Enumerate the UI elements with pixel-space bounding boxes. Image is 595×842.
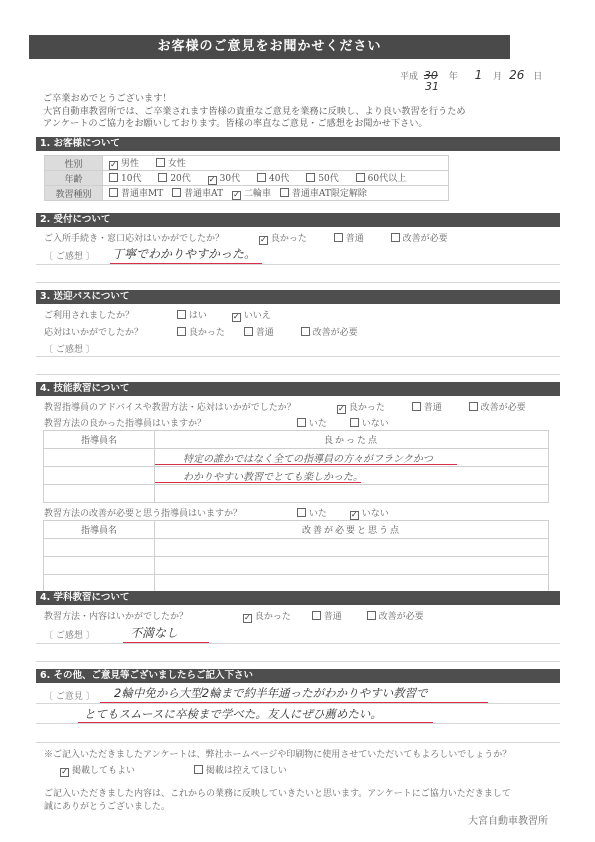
age-30s-option[interactable]: ✓30代 [208, 171, 240, 185]
reception-improve-option[interactable]: 改善が必要 [391, 231, 448, 244]
bus-service-row: 応対はいかがでしたか？ 良かった 普通 改善が必要 [44, 325, 372, 338]
other-remark-line-1[interactable]: 2輪中免から大型2輪まで約半年通ったがわかりやすい教習で [114, 685, 428, 701]
checkbox-checked-icon[interactable]: ✓ [259, 236, 268, 245]
divider [36, 643, 560, 644]
checkbox-icon[interactable] [412, 402, 421, 411]
option-label: 普通車MT [121, 189, 163, 199]
closing-text: ご記入いただきました内容は、これからの業務に反映していきたいと思います。アンケー… [44, 788, 511, 813]
option-label: 50代 [318, 174, 338, 184]
instructor-name-cell[interactable] [44, 575, 155, 593]
bus-usage-yes-option[interactable]: はい [177, 308, 207, 321]
option-label: 普通 [424, 403, 442, 413]
customer-info-table: 性別 ✓男性 女性 年齢 10代 20代 ✓30代 40代 50代 60代以上 … [44, 155, 449, 201]
improve-instructor-question: 教習方法の改善が必要と思う指導員はいますか？ [44, 506, 294, 519]
divider [36, 742, 560, 743]
divider [36, 723, 560, 724]
intro-text: ご卒業おめでとうございます！ 大宮自動車教習所では、ご卒業されます皆様の貴重なご… [43, 93, 563, 131]
other-remark-line-2[interactable]: とてもスムースに卒検まで学べた。友人にぜひ薦めたい。 [84, 706, 382, 722]
course-at-option[interactable]: 普通車AT [172, 186, 223, 199]
age-50s-option[interactable]: 50代 [306, 171, 338, 184]
checkbox-checked-icon[interactable]: ✓ [243, 614, 252, 623]
checkbox-icon[interactable] [109, 173, 118, 182]
option-label: 女性 [168, 159, 186, 169]
option-label: 改善が必要 [403, 234, 448, 244]
good-points-cell[interactable]: 特定の誰かではなく全ての指導員の方々がフランクかつ [155, 449, 549, 467]
good-instructor-yes-option[interactable]: いた [297, 416, 327, 429]
good-points-table: 指導員名 良かった点 特定の誰かではなく全ての指導員の方々がフランクかつ わかり… [43, 430, 549, 503]
option-label: 良かった [271, 234, 307, 244]
lecture-improve-option[interactable]: 改善が必要 [367, 609, 424, 622]
table-row [44, 539, 549, 557]
checkbox-icon[interactable] [244, 327, 253, 336]
checkbox-checked-icon[interactable]: ✓ [208, 176, 217, 185]
option-label: 普通車AT [184, 189, 223, 199]
instructor-rating-question: 教習指導員のアドバイスや教習方法・応対はいかがでしたか？ [44, 400, 334, 413]
table-header: 指導員名 改善が必要と思う点 [44, 521, 549, 539]
reception-average-option[interactable]: 普通 [334, 231, 364, 244]
checkbox-checked-icon[interactable]: ✓ [109, 161, 118, 170]
intro-line-3: アンケートのご協力をお願いしております。皆様の率直なご意見・ご感想をお聞かせ下さ… [43, 118, 563, 131]
option-label: 10代 [121, 174, 141, 184]
course-motorcycle-option[interactable]: ✓二輪車 [232, 186, 271, 200]
checkbox-icon[interactable] [350, 418, 359, 427]
bus-service-good-option[interactable]: 良かった [177, 325, 225, 338]
closing-line-1: ご記入いただきました内容は、これからの業務に反映していきたいと思います。アンケー… [44, 788, 511, 801]
section-5-heading: 4. 学科教習について [36, 591, 560, 605]
age-40s-option[interactable]: 40代 [257, 171, 289, 184]
option-label: いいえ [244, 311, 271, 321]
checkbox-checked-icon[interactable]: ✓ [232, 191, 241, 200]
good-points-cell[interactable]: わかりやすい教習でとても楽しかった。 [155, 467, 549, 485]
good-instructor-row: 教習方法の良かった指導員はいますか？ いた いない [44, 416, 403, 429]
improve-instructor-yes-option[interactable]: いた [297, 506, 327, 519]
checkbox-icon[interactable] [469, 402, 478, 411]
divider [36, 703, 560, 704]
day-label: 日 [533, 69, 542, 82]
improve-points-cell[interactable] [155, 557, 549, 575]
option-label: 40代 [269, 174, 289, 184]
consent-allow-option[interactable]: ✓掲載してもよい [60, 763, 135, 777]
age-label: 年齢 [45, 171, 103, 186]
checkbox-icon[interactable] [177, 327, 186, 336]
option-label: 良かった [255, 612, 291, 622]
option-label: 普通車AT限定解除 [292, 189, 367, 199]
table-row: 特定の誰かではなく全ての指導員の方々がフランクかつ [44, 449, 549, 467]
lecture-rating-row: 教習方法・内容はいかがでしたか？ ✓良かった 普通 改善が必要 [44, 609, 438, 623]
lecture-remark-text[interactable]: 不満なし [130, 624, 178, 641]
month-value[interactable]: 1 [475, 68, 483, 82]
checkbox-icon[interactable] [280, 188, 289, 197]
bus-usage-row: ご利用されましたか？ はい ✓いいえ [44, 308, 285, 322]
option-label: はい [189, 311, 207, 321]
divider [36, 661, 560, 662]
table-row [44, 575, 549, 593]
year-value[interactable]: 31 [425, 80, 439, 93]
intro-line-2: 大宮自動車教習所では、ご卒業されます皆様の貴重なご意見を業務に反映し、より良い教… [43, 106, 563, 119]
improve-instructor-row: 教習方法の改善が必要と思う指導員はいますか？ いた ✓いない [44, 506, 403, 520]
course-mt-option[interactable]: 普通車MT [109, 186, 163, 199]
instructor-good-option[interactable]: ✓良かった [337, 400, 385, 414]
reception-good-option[interactable]: ✓良かった [259, 231, 307, 245]
consent-options: ✓掲載してもよい 掲載は控えてほしい [60, 763, 301, 777]
bus-service-average-option[interactable]: 普通 [244, 325, 274, 338]
instructor-rating-row: 教習指導員のアドバイスや教習方法・応対はいかがでしたか？ ✓良かった 普通 改善… [44, 400, 540, 414]
instructor-improve-option[interactable]: 改善が必要 [469, 400, 526, 413]
divider [36, 264, 560, 265]
option-label: 20代 [170, 174, 190, 184]
option-label: 男性 [121, 159, 139, 169]
checkbox-icon[interactable] [257, 173, 266, 182]
option-label: 30代 [220, 174, 240, 184]
instructor-average-option[interactable]: 普通 [412, 400, 442, 413]
other-remark-label: 〔 ご意見 〕 [44, 689, 95, 702]
instructor-name-cell[interactable] [44, 557, 155, 575]
section-3-heading: 3. 送迎バスについて [36, 290, 560, 304]
section-1-heading: 1. お客様について [36, 137, 560, 151]
checkbox-icon[interactable] [177, 310, 186, 319]
option-label: いない [362, 509, 389, 519]
checkbox-icon[interactable] [391, 233, 400, 242]
instructor-name-cell[interactable] [44, 467, 155, 485]
improve-points-cell[interactable] [155, 539, 549, 557]
checkbox-icon[interactable] [156, 158, 165, 167]
gender-label: 性別 [45, 156, 103, 171]
option-label: 普通 [256, 328, 274, 338]
bus-service-question: 応対はいかがでしたか？ [44, 325, 174, 338]
bus-usage-question: ご利用されましたか？ [44, 308, 174, 321]
reception-question: ご入所手続き・窓口応対はいかがでしたか？ [44, 231, 256, 244]
checkbox-icon[interactable] [367, 611, 376, 620]
option-label: 掲載は控えてほしい [206, 766, 287, 776]
checkbox-icon[interactable] [194, 765, 203, 774]
gender-female-option[interactable]: 女性 [156, 156, 186, 169]
course-type-label: 教習種別 [45, 186, 103, 201]
instructor-name-cell[interactable] [44, 539, 155, 557]
checkbox-icon[interactable] [158, 173, 167, 182]
month-label: 月 [493, 69, 502, 82]
option-label: 改善が必要 [481, 403, 526, 413]
checkbox-checked-icon[interactable]: ✓ [60, 768, 69, 777]
lecture-average-option[interactable]: 普通 [312, 609, 342, 622]
age-20s-option[interactable]: 20代 [158, 171, 190, 184]
checkbox-icon[interactable] [301, 327, 310, 336]
good-points-cell[interactable] [155, 485, 549, 503]
improve-points-table: 指導員名 改善が必要と思う点 [43, 520, 549, 593]
checkbox-icon[interactable] [356, 173, 365, 182]
option-label: 二輪車 [244, 189, 271, 199]
reception-remark-label: 〔 ご感想 〕 [44, 249, 95, 262]
age-row: 年齢 10代 20代 ✓30代 40代 50代 60代以上 [45, 171, 449, 186]
checkbox-icon[interactable] [312, 611, 321, 620]
course-at-limit-removal-option[interactable]: 普通車AT限定解除 [280, 186, 367, 199]
consent-question: ※ご記入いただきましたアンケートは、弊社ホームページや印刷物に使用させていただい… [44, 749, 511, 762]
improve-instructor-no-option[interactable]: ✓いない [350, 506, 389, 520]
divider [36, 356, 560, 357]
gender-male-option[interactable]: ✓男性 [109, 156, 139, 170]
year-label: 年 [449, 69, 458, 82]
date-row: 平成 30 年 1 月 26 日 [400, 68, 542, 82]
checkbox-checked-icon[interactable]: ✓ [350, 511, 359, 520]
checkbox-icon[interactable] [172, 188, 181, 197]
intro-line-1: ご卒業おめでとうございます！ [43, 93, 563, 106]
improve-points-cell[interactable] [155, 575, 549, 593]
table-header: 指導員名 良かった点 [44, 431, 549, 449]
handwriting-underline [155, 464, 457, 465]
handwriting-underline [155, 482, 361, 483]
checkbox-icon[interactable] [109, 188, 118, 197]
divider [36, 374, 560, 375]
course-type-row: 教習種別 普通車MT 普通車AT ✓二輪車 普通車AT限定解除 [45, 186, 449, 201]
bus-remark-label: 〔 ご感想 〕 [44, 342, 95, 355]
option-label: いた [309, 419, 327, 429]
checkbox-icon[interactable] [297, 418, 306, 427]
lecture-rating-question: 教習方法・内容はいかがでしたか？ [44, 609, 240, 622]
section-6-heading: 6. その他、ご意見等ございましたらご記入下さい [36, 669, 560, 683]
checkbox-icon[interactable] [297, 508, 306, 517]
table-row: わかりやすい教習でとても楽しかった。 [44, 467, 549, 485]
instructor-name-header: 指導員名 [44, 431, 155, 449]
instructor-name-cell[interactable] [44, 449, 155, 467]
age-60s-plus-option[interactable]: 60代以上 [356, 171, 406, 184]
reception-remark-text[interactable]: 丁寧でわかりやすかった。 [112, 245, 256, 262]
improve-points-header: 改善が必要と思う点 [155, 521, 549, 539]
good-instructor-question: 教習方法の良かった指導員はいますか？ [44, 416, 294, 429]
option-label: 普通 [346, 234, 364, 244]
option-label: いた [309, 509, 327, 519]
instructor-name-cell[interactable] [44, 485, 155, 503]
lecture-remark-label: 〔 ご感想 〕 [44, 628, 95, 641]
checkbox-checked-icon[interactable]: ✓ [232, 313, 241, 322]
gender-row: 性別 ✓男性 女性 [45, 156, 449, 171]
table-row [44, 485, 549, 503]
bus-service-improve-option[interactable]: 改善が必要 [301, 325, 358, 338]
good-points-header: 良かった点 [155, 431, 549, 449]
divider [36, 282, 560, 283]
reception-question-row: ご入所手続き・窓口応対はいかがでしたか？ ✓良かった 普通 改善が必要 [44, 231, 462, 245]
section-4-heading: 4. 技能教習について [36, 382, 560, 396]
consent-decline-option[interactable]: 掲載は控えてほしい [194, 763, 287, 776]
good-instructor-no-option[interactable]: いない [350, 416, 389, 429]
option-label: 60代以上 [368, 174, 406, 184]
signature: 大宮自動車教習所 [468, 816, 548, 829]
checkbox-icon[interactable] [306, 173, 315, 182]
option-label: 普通 [324, 612, 342, 622]
option-label: 掲載してもよい [72, 766, 135, 776]
page-title: お客様のご意見をお聞かせください [29, 35, 510, 59]
age-10s-option[interactable]: 10代 [109, 171, 141, 184]
option-label: いない [362, 419, 389, 429]
instructor-name-header: 指導員名 [44, 521, 155, 539]
era-label: 平成 [400, 69, 418, 82]
option-label: 良かった [189, 328, 225, 338]
closing-line-2: 誠にありがとうございました。 [44, 801, 511, 814]
section-2-heading: 2. 受付について [36, 213, 560, 227]
option-label: 良かった [349, 403, 385, 413]
checkbox-icon[interactable] [334, 233, 343, 242]
table-row [44, 557, 549, 575]
lecture-good-option[interactable]: ✓良かった [243, 609, 291, 623]
checkbox-checked-icon[interactable]: ✓ [337, 405, 346, 414]
option-label: 改善が必要 [313, 328, 358, 338]
bus-usage-no-option[interactable]: ✓いいえ [232, 308, 271, 322]
option-label: 改善が必要 [379, 612, 424, 622]
day-value[interactable]: 26 [509, 68, 524, 82]
